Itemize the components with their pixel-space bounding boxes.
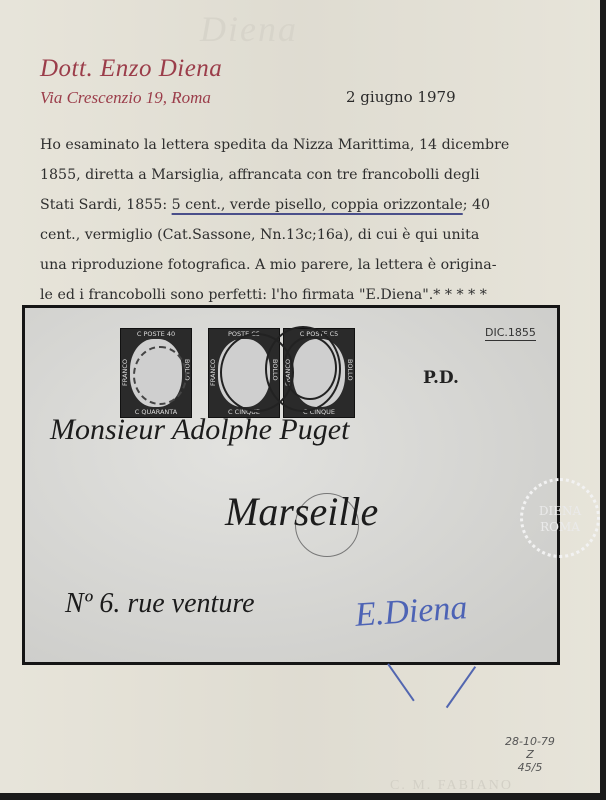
postmark-cancel — [133, 346, 187, 405]
watermark: Diena — [200, 8, 298, 50]
seal-line1: DIENA — [539, 504, 581, 518]
stamp-top-text: C POSTE 40 — [121, 330, 191, 338]
street-address: Nº 6. rue venture — [65, 588, 255, 620]
body-line: 1855, diretta a Marsiglia, affrancata co… — [40, 160, 560, 190]
addressee: Monsieur Adolphe Puget — [50, 413, 349, 447]
certificate-body: Ho esaminato la lettera spedita da Nizza… — [40, 130, 560, 310]
postal-mark: P.D. — [423, 368, 459, 388]
pencil-note-line: Z — [505, 748, 555, 761]
pencil-note-line: 45/5 — [505, 761, 555, 774]
pencil-note: 28-10-79 Z 45/5 — [505, 735, 555, 774]
stamp-left-text: FRANCO — [121, 359, 129, 386]
pencil-note-line: 28-10-79 — [505, 735, 555, 748]
date-note: DIC.1855 — [485, 326, 536, 341]
letterhead-address: Via Crescenzio 19, Roma — [40, 88, 211, 108]
expert-signature: E.Diena — [354, 589, 469, 635]
body-line-suffix: ; 40 — [463, 197, 490, 213]
seal-line2: ROMA — [540, 520, 580, 534]
certificate-date: 2 giugno 1979 — [346, 88, 456, 106]
signature-stroke — [446, 666, 476, 708]
certificate-paper: Diena Dott. Enzo Diena Via Crescenzio 19… — [0, 0, 600, 793]
letterhead-name: Dott. Enzo Diena — [40, 55, 222, 83]
body-line: Ho esaminato la lettera spedita da Nizza… — [40, 130, 560, 160]
body-line-prefix: Stati Sardi, 1855: — [40, 197, 172, 213]
postmark-cancel — [283, 336, 337, 400]
footer-watermark: C. M. FABIANO — [390, 778, 513, 794]
body-line: cent., vermiglio (Cat.Sassone, Nn.13c;16… — [40, 220, 560, 250]
destination-city: Marseille — [225, 488, 378, 535]
stamp-right-text: BOLLO — [346, 359, 354, 381]
underlined-text: 5 cent., verde pisello, coppia orizzonta… — [172, 197, 463, 213]
envelope-photo: C POSTE 40 C QUARANTA FRANCO BOLLO POSTE… — [22, 305, 560, 665]
body-line: una riproduzione fotografica. A mio pare… — [40, 250, 560, 280]
embossed-seal: DIENA ROMA — [520, 478, 600, 558]
body-line-3: Stati Sardi, 1855: 5 cent., verde pisell… — [40, 190, 560, 220]
signature-stroke — [387, 664, 414, 702]
stamp-left-text: FRANCO — [209, 359, 217, 386]
